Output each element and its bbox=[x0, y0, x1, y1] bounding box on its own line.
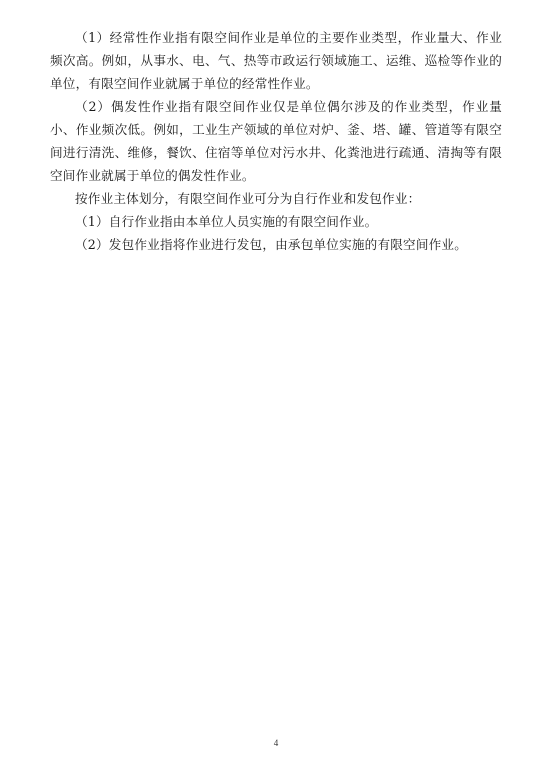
paragraph-contracted-operation: （2）发包作业指将作业进行发包，由承包单位实施的有限空间作业。 bbox=[50, 233, 502, 256]
paragraph-occasional-operation: （2）偶发性作业指有限空间作业仅是单位偶尔涉及的作业类型，作业量小、作业频次低。… bbox=[50, 95, 502, 187]
paragraph-classification-by-subject: 按作业主体划分，有限空间作业可分为自行作业和发包作业： bbox=[50, 187, 502, 210]
paragraph-regular-operation: （1）经常性作业指有限空间作业是单位的主要作业类型，作业量大、作业频次高。例如，… bbox=[50, 26, 502, 95]
page-number: 4 bbox=[0, 738, 552, 748]
paragraph-self-operation: （1）自行作业指由本单位人员实施的有限空间作业。 bbox=[50, 210, 502, 233]
document-page: （1）经常性作业指有限空间作业是单位的主要作业类型，作业量大、作业频次高。例如，… bbox=[50, 26, 502, 256]
